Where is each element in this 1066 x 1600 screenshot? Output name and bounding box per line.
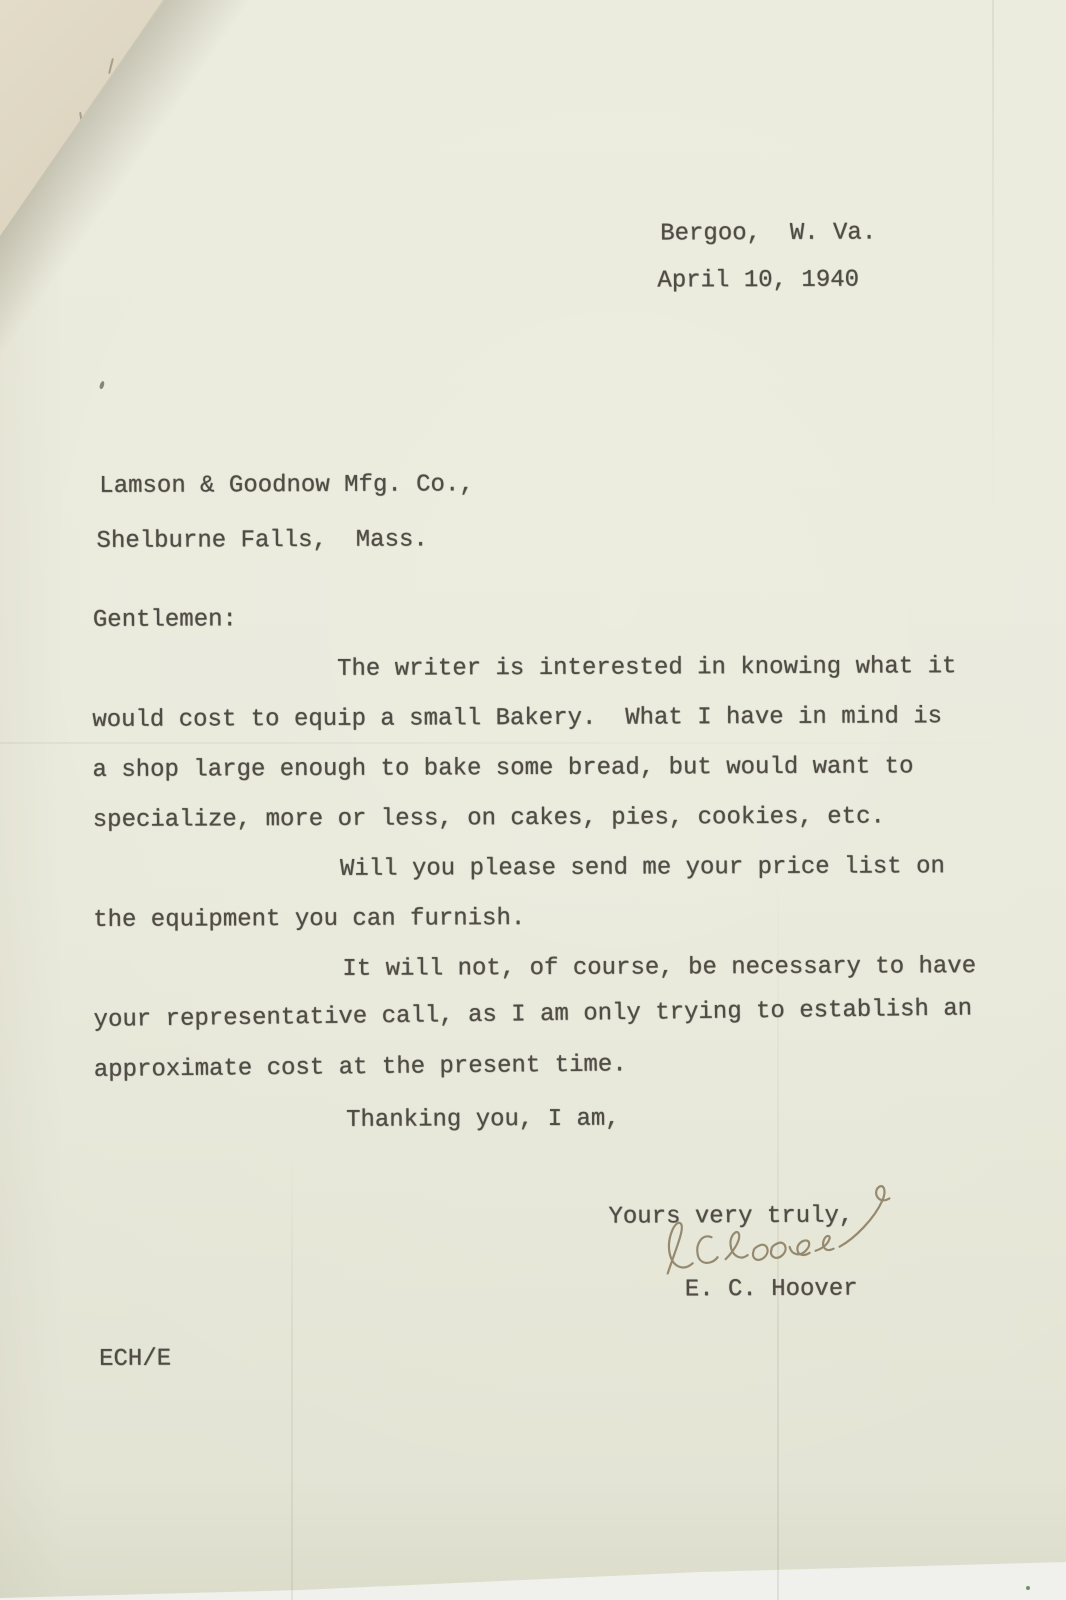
dateline-place: Bergoo, W. Va. [660, 218, 876, 249]
body-line: your representative call, as I am only t… [93, 994, 972, 1035]
letter-content: Bergoo, W. Va. April 10, 1940 Lamson & G… [0, 0, 1066, 1600]
scanned-letter-photo: Bergoo, W. Va. April 10, 1940 Lamson & G… [0, 0, 1066, 1600]
body-line: the equipment you can furnish. [93, 904, 525, 936]
reference-initials: ECH/E [99, 1345, 171, 1375]
handwritten-signature [649, 1176, 905, 1289]
typed-signature-name: E. C. Hoover [685, 1275, 858, 1306]
body-line: specialize, more or less, on cakes, pies… [93, 802, 885, 835]
body-line: Thanking you, I am, [346, 1105, 620, 1136]
recipient-line: Shelburne Falls, Mass. [96, 525, 427, 556]
dateline-date: April 10, 1940 [657, 266, 859, 297]
salutation: Gentlemen: [93, 605, 237, 636]
body-line: a shop large enough to bake some bread, … [92, 752, 913, 786]
body-line: approximate cost at the present time. [94, 1050, 627, 1086]
recipient-line: Lamson & Goodnow Mfg. Co., [99, 470, 474, 502]
body-line: It will not, of course, be necessary to … [342, 952, 976, 985]
body-line: Will you please send me your price list … [340, 852, 945, 885]
body-line: would cost to equip a small Bakery. What… [92, 702, 942, 736]
body-line: The writer is interested in knowing what… [337, 652, 956, 685]
